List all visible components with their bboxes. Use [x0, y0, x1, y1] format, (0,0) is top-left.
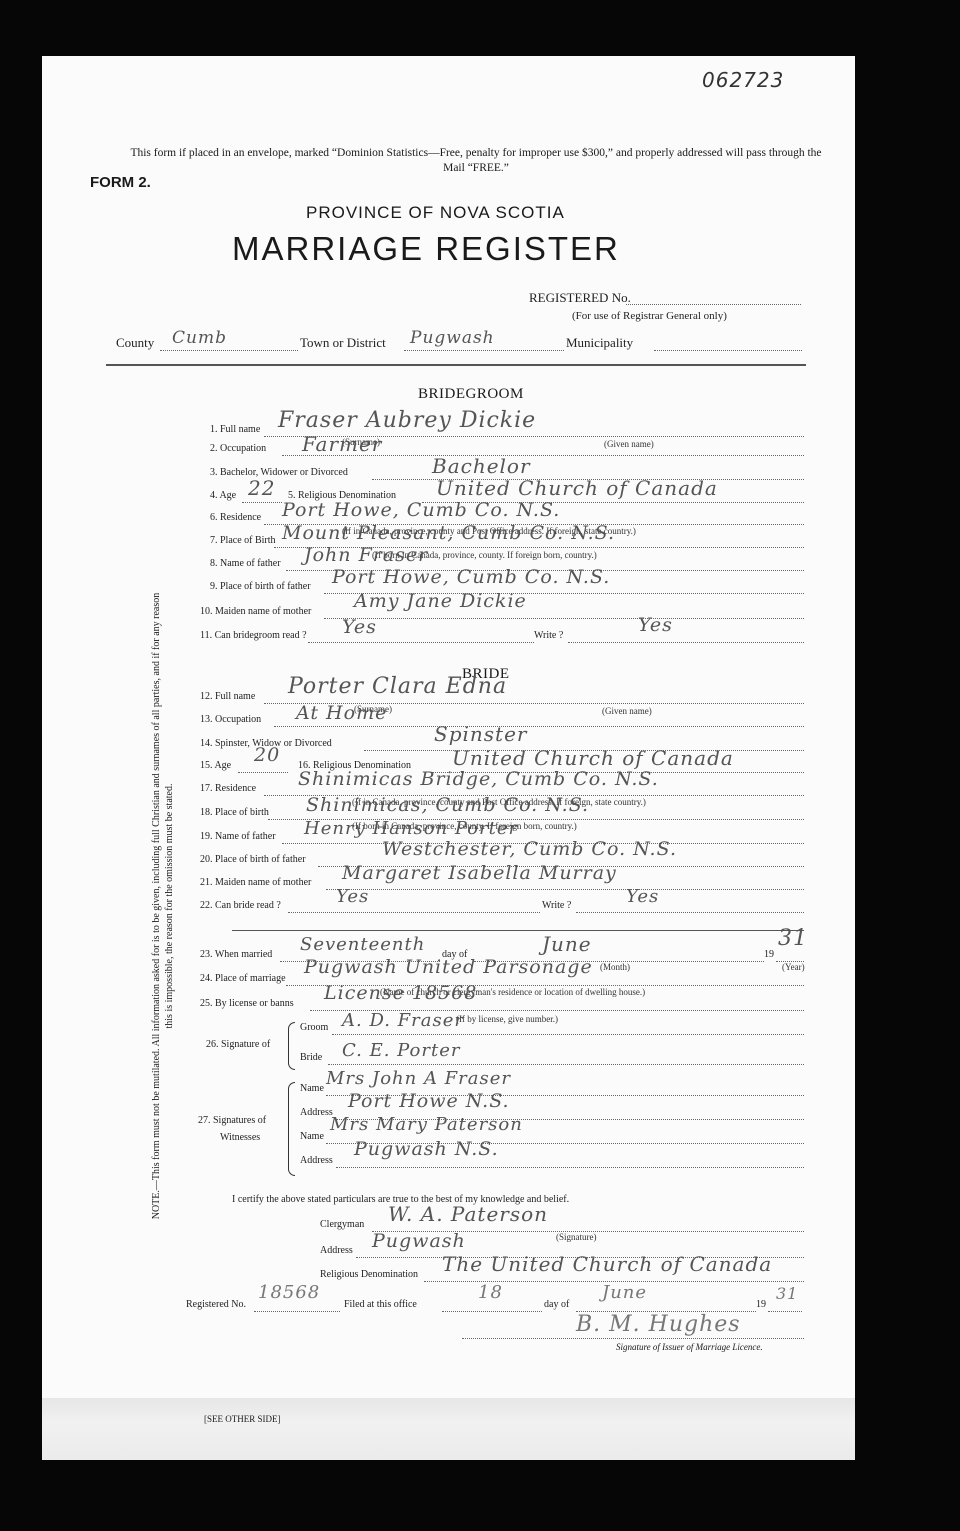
- municipality-label: Municipality: [566, 335, 633, 351]
- groom-age-value[interactable]: 22: [248, 476, 275, 500]
- side-note: NOTE.—This form must not be mutilated. A…: [150, 591, 176, 1221]
- town-dots: [404, 350, 564, 351]
- town-label: Town or District: [300, 335, 386, 351]
- clergyman-signature[interactable]: W. A. Paterson: [388, 1202, 548, 1226]
- filed-day-value[interactable]: 18: [478, 1282, 503, 1303]
- groom-age-dots: [242, 502, 282, 503]
- given-name-hint: (Given name): [602, 706, 652, 716]
- bridegroom-heading: BRIDEGROOM: [418, 386, 524, 403]
- bride-occupation-dots: [274, 726, 804, 727]
- groom-occupation-label: 2. Occupation: [210, 443, 266, 454]
- bride-write-value[interactable]: Yes: [626, 886, 659, 907]
- groom-father-birthplace-value[interactable]: Port Howe, Cumb Co. N.S.: [332, 566, 610, 588]
- bride-father-value[interactable]: Henry Hanson Porter: [304, 818, 518, 839]
- place-of-marriage-value[interactable]: Pugwash United Parsonage: [304, 956, 593, 978]
- witness-1-address-value[interactable]: Port Howe N.S.: [348, 1090, 510, 1112]
- groom-write-label: Write ?: [534, 630, 563, 641]
- bride-write-label: Write ?: [542, 900, 571, 911]
- bride-mother-label: 21. Maiden name of mother: [200, 877, 311, 888]
- bride-read-dots: [288, 912, 540, 913]
- groom-birthplace-value[interactable]: Mount Pleasant, Cumb Co. N.S.: [282, 522, 615, 544]
- brace: [288, 1082, 295, 1176]
- year-hint: (Year): [782, 962, 805, 972]
- license-label: 25. By license or banns: [200, 998, 294, 1009]
- groom-father-birthplace-label: 9. Place of birth of father: [210, 581, 311, 592]
- groom-mother-value[interactable]: Amy Jane Dickie: [354, 590, 527, 612]
- groom-write-dots: [568, 642, 804, 643]
- bride-birthplace-label: 18. Place of birth: [200, 807, 269, 818]
- witness-2-address-label: Address: [300, 1155, 333, 1166]
- groom-occupation-value[interactable]: Farmer: [302, 432, 382, 456]
- groom-signature-value[interactable]: A. D. Fraser: [342, 1010, 464, 1031]
- bride-signature-dots: [328, 1064, 804, 1065]
- bride-full-name-label: 12. Full name: [200, 691, 255, 702]
- filed-day-dots: [442, 1311, 542, 1312]
- see-other-side: [SEE OTHER SIDE]: [204, 1414, 281, 1424]
- bride-age-dots: [238, 772, 288, 773]
- divider: [106, 364, 806, 366]
- bride-father-birthplace-label: 20. Place of birth of father: [200, 854, 306, 865]
- groom-full-name-label: 1. Full name: [210, 424, 260, 435]
- witness-2-address-dots: [336, 1167, 804, 1168]
- bride-age-value[interactable]: 20: [254, 744, 280, 766]
- divider: [232, 930, 804, 931]
- clergyman-label: Clergyman: [320, 1219, 364, 1230]
- bride-status-value[interactable]: Spinster: [434, 722, 527, 746]
- bride-read-label: 22. Can bride read ?: [200, 900, 281, 911]
- clergyman-religion-value[interactable]: The United Church of Canada: [442, 1252, 772, 1276]
- issuer-caption: Signature of Issuer of Marriage Licence.: [616, 1342, 763, 1352]
- bride-father-label: 19. Name of father: [200, 831, 276, 842]
- county-dots: [160, 350, 298, 351]
- license-value[interactable]: License 18568: [324, 982, 477, 1004]
- marriage-year-value[interactable]: 31: [778, 926, 808, 951]
- stamp-number: 062723: [702, 68, 784, 92]
- witness-2-address-value[interactable]: Pugwash N.S.: [354, 1138, 499, 1160]
- bride-residence-label: 17. Residence: [200, 783, 256, 794]
- filed-year-value[interactable]: 31: [776, 1284, 798, 1303]
- bride-read-value[interactable]: Yes: [336, 886, 369, 907]
- clergyman-address-value[interactable]: Pugwash: [372, 1230, 466, 1252]
- marriage-register-form: 062723 This form if placed in an envelop…: [42, 56, 855, 1460]
- groom-mother-label: 10. Maiden name of mother: [200, 606, 311, 617]
- groom-write-value[interactable]: Yes: [638, 614, 673, 636]
- province-heading: PROVINCE OF NOVA SCOTIA: [306, 203, 565, 223]
- filing-registered-label: Registered No.: [186, 1299, 246, 1310]
- groom-religion-value[interactable]: United Church of Canada: [436, 476, 718, 500]
- bride-birthplace-value[interactable]: Shinimicas, Cumb Co. N.S.: [306, 794, 589, 816]
- groom-father-value[interactable]: John Fraser: [304, 544, 428, 566]
- groom-read-label: 11. Can bridegroom read ?: [200, 630, 307, 641]
- given-name-hint: (Given name): [604, 439, 654, 449]
- bride-age-label: 15. Age: [200, 760, 231, 771]
- bride-signature-label: Bride: [300, 1052, 322, 1063]
- county-value[interactable]: Cumb: [172, 328, 227, 348]
- bride-occupation-value[interactable]: At Home: [296, 702, 387, 724]
- bride-religion-value[interactable]: United Church of Canada: [452, 746, 734, 770]
- signature-hint: (Signature): [556, 1232, 597, 1242]
- groom-read-value[interactable]: Yes: [342, 616, 377, 638]
- filed-month-value[interactable]: June: [602, 1282, 647, 1303]
- witnesses-label: 27. Signatures of: [198, 1115, 266, 1126]
- bride-mother-dots: [326, 889, 804, 890]
- when-married-label: 23. When married: [200, 949, 272, 960]
- filed-year-dots: [768, 1311, 802, 1312]
- marriage-day-value[interactable]: Seventeenth: [300, 934, 425, 955]
- witness-2-name-label: Name: [300, 1131, 324, 1142]
- registered-no-field[interactable]: [626, 304, 801, 305]
- page-title: MARRIAGE REGISTER: [232, 230, 620, 268]
- mail-notice: This form if placed in an envelope, mark…: [126, 146, 826, 176]
- license-hint: (If by license, give number.): [456, 1014, 558, 1024]
- witness-1-name-label: Name: [300, 1083, 324, 1094]
- county-label: County: [116, 335, 154, 351]
- month-hint: (Month): [600, 962, 630, 972]
- filed-day-of-label: day of: [544, 1299, 569, 1310]
- bride-mother-value[interactable]: Margaret Isabella Murray: [342, 862, 617, 884]
- groom-full-name-value[interactable]: Fraser Aubrey Dickie: [278, 408, 536, 433]
- groom-age-label: 4. Age: [210, 490, 236, 501]
- witness-1-name-value[interactable]: Mrs John A Fraser: [326, 1068, 511, 1089]
- groom-signature-dots: [332, 1034, 804, 1035]
- groom-status-value[interactable]: Bachelor: [432, 454, 531, 478]
- filing-registered-dots: [254, 1311, 340, 1312]
- paper-fold: [42, 1398, 855, 1460]
- signature-of-label: 26. Signature of: [206, 1039, 270, 1050]
- filing-registered-value[interactable]: 18568: [258, 1282, 320, 1303]
- registered-no-label: REGISTERED No.: [529, 290, 631, 306]
- groom-residence-label: 6. Residence: [210, 512, 261, 523]
- groom-father-label: 8. Name of father: [210, 558, 281, 569]
- bride-signature-value[interactable]: C. E. Porter: [342, 1040, 460, 1061]
- issuer-signature-dots: [462, 1338, 804, 1339]
- bride-father-birthplace-value[interactable]: Westchester, Cumb Co. N.S.: [382, 838, 677, 860]
- brace: [288, 1022, 295, 1070]
- witness-1-address-label: Address: [300, 1107, 333, 1118]
- municipality-field[interactable]: [654, 350, 802, 351]
- clergyman-religion-label: Religious Denomination: [320, 1269, 418, 1280]
- registrar-note: (For use of Registrar General only): [572, 310, 727, 322]
- town-value[interactable]: Pugwash: [410, 328, 495, 348]
- marriage-month-value[interactable]: June: [542, 932, 592, 956]
- groom-status-label: 3. Bachelor, Widower or Divorced: [210, 467, 348, 478]
- form-number: FORM 2.: [90, 174, 151, 191]
- bride-occupation-label: 13. Occupation: [200, 714, 261, 725]
- witness-2-name-value[interactable]: Mrs Mary Paterson: [330, 1114, 523, 1135]
- filed-label: Filed at this office: [344, 1299, 417, 1310]
- filed-year-prefix: 19: [756, 1299, 766, 1310]
- issuer-signature[interactable]: B. M. Hughes: [576, 1312, 741, 1337]
- place-of-marriage-label: 24. Place of marriage: [200, 973, 286, 984]
- groom-birthplace-label: 7. Place of Birth: [210, 535, 276, 546]
- bride-full-name-value[interactable]: Porter Clara Edna: [288, 674, 507, 699]
- witnesses-label-2: Witnesses: [220, 1132, 260, 1143]
- groom-signature-label: Groom: [300, 1022, 328, 1033]
- groom-mother-dots: [324, 618, 804, 619]
- bride-residence-value[interactable]: Shinimicas Bridge, Cumb Co. N.S.: [298, 768, 659, 790]
- bride-write-dots: [576, 912, 804, 913]
- groom-residence-value[interactable]: Port Howe, Cumb Co. N.S.: [282, 499, 560, 521]
- year-prefix: 19: [764, 949, 774, 960]
- clergyman-address-label: Address: [320, 1245, 353, 1256]
- groom-read-dots: [308, 642, 534, 643]
